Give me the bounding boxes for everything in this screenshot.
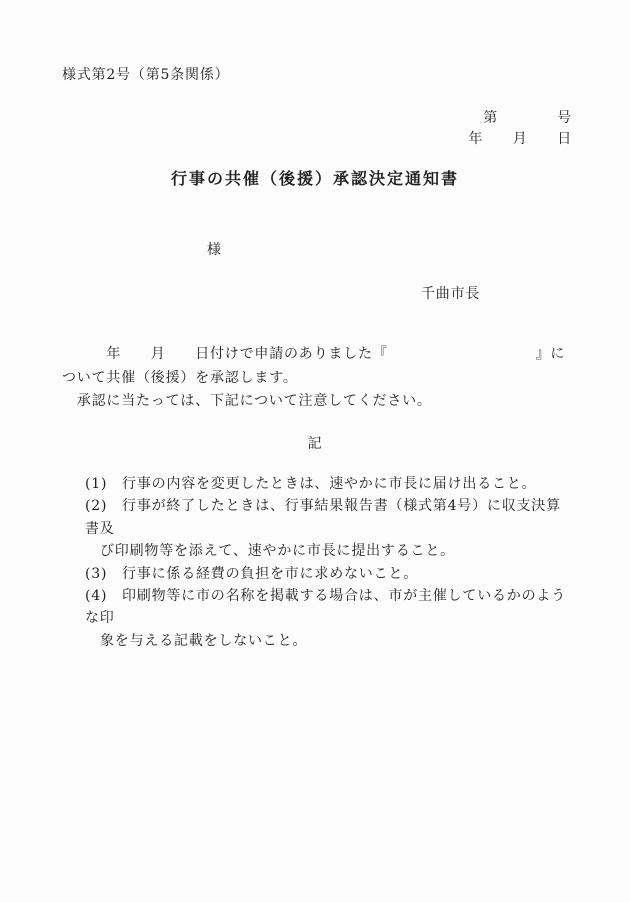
record-heading: 記 <box>0 433 630 453</box>
note-item-1: (1)行事の内容を変更したときは、速やかに市長に届け出ること。 <box>85 473 575 495</box>
header-right-block: 第 号 年 月 日 <box>468 108 572 150</box>
note-2-number: (2) <box>85 495 122 517</box>
note-item-3: (3)行事に係る経費の負担を市に求めないこと。 <box>85 563 575 585</box>
note-item-2-continuation: び印刷物等を添えて、速やかに市長に提出すること。 <box>85 540 575 562</box>
notes-list: (1)行事の内容を変更したときは、速やかに市長に届け出ること。 (2)行事が終了… <box>85 473 575 652</box>
sender-name: 千曲市長 <box>421 283 480 303</box>
form-number-label: 様式第2号（第5条関係） <box>62 64 229 84</box>
document-date-line: 年 月 日 <box>468 129 572 150</box>
body-line-1: 年 月 日付けで申請のありました『 』に <box>62 343 572 367</box>
note-3-text: 行事に係る経費の負担を市に求めないこと。 <box>122 566 418 582</box>
note-1-text: 行事の内容を変更したときは、速やかに市長に届け出ること。 <box>122 476 536 492</box>
note-3-number: (3) <box>85 563 122 585</box>
recipient-honorific: 様 <box>207 239 222 259</box>
note-2-text: 行事が終了したときは、行事結果報告書（様式第4号）に収支決算書及 <box>85 498 561 536</box>
note-item-2: (2)行事が終了したときは、行事結果報告書（様式第4号）に収支決算書及 <box>85 495 575 540</box>
body-line-3: 承認に当たっては、下記について注意してください。 <box>62 390 572 414</box>
note-1-number: (1) <box>85 473 122 495</box>
document-number-line: 第 号 <box>468 108 572 129</box>
body-paragraph: 年 月 日付けで申請のありました『 』に ついて共催（後援）を承認します。 承認… <box>62 343 572 414</box>
document-title: 行事の共催（後援）承認決定通知書 <box>0 166 630 189</box>
note-item-4: (4)印刷物等に市の名称を掲載する場合は、市が主催しているかのような印 <box>85 585 575 630</box>
document-page: 様式第2号（第5条関係） 第 号 年 月 日 行事の共催（後援）承認決定通知書 … <box>0 0 630 903</box>
note-4-number: (4) <box>85 585 122 607</box>
body-line-2: ついて共催（後援）を承認します。 <box>62 367 572 391</box>
note-item-4-continuation: 象を与える記載をしないこと。 <box>85 630 575 652</box>
note-4-text: 印刷物等に市の名称を掲載する場合は、市が主催しているかのような印 <box>85 588 566 626</box>
